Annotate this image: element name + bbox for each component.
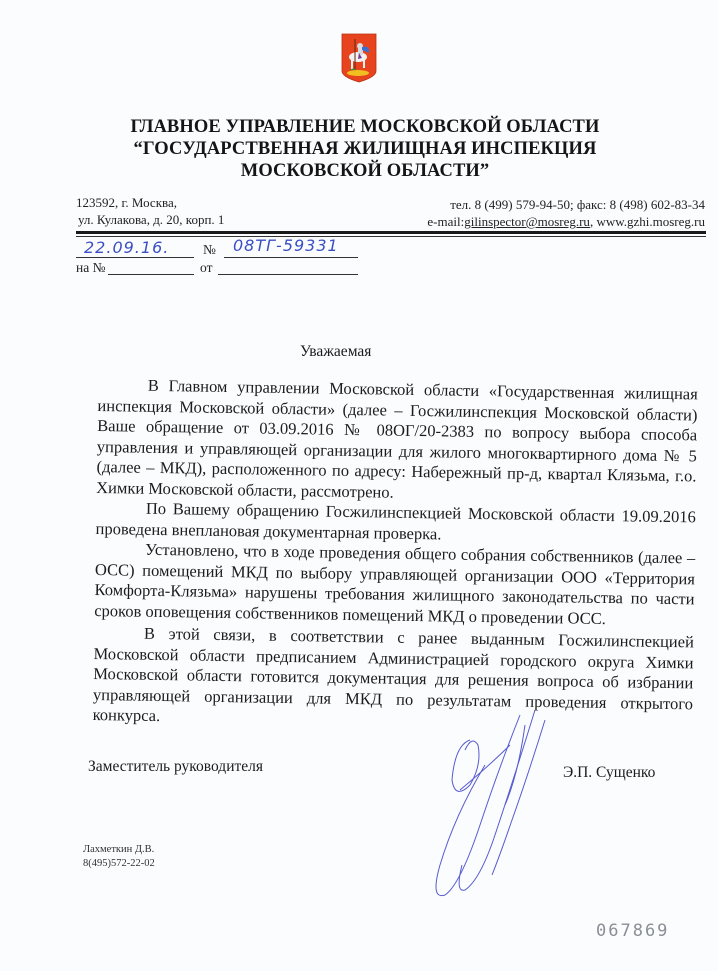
salutation: Уважаемая [300,343,371,361]
reference-number-label: на № [76,260,105,276]
letter-body: В Главном управлении Московской области … [92,375,697,735]
header-divider-thin [76,236,706,237]
address-line-2: ул. Кулакова, д. 20, корп. 1 [76,211,224,228]
executor-info: Лахметкин Д.В. 8(495)572-22-02 [83,843,155,871]
number-label: № [203,242,216,258]
email-website-line: e-mail:gilinspector@mosreg.ru, www.gzhi.… [427,213,705,230]
coat-of-arms-icon [341,33,377,83]
email-label: e-mail: [427,214,464,229]
reference-date-field [218,257,358,275]
phone-fax: тел. 8 (499) 579-94-50; факс: 8 (498) 60… [427,196,705,213]
paragraph-3: Установлено, что в ходе проведения общег… [94,539,695,630]
outgoing-date-handwritten: 22.09.16. [84,238,169,257]
address-line-1: 123592, г. Москва, [76,194,224,211]
outgoing-number-handwritten: 08ТГ-59331 [233,236,339,255]
signer-name: Э.П. Сущенко [563,764,655,782]
handwritten-signature-icon [400,705,570,900]
org-title-line-3: МОСКОВСКОЙ ОБЛАСТИ” [100,160,630,182]
letter-page: ГЛАВНОЕ УПРАВЛЕНИЕ МОСКОВСКОЙ ОБЛАСТИ “Г… [0,0,718,971]
contact-info: тел. 8 (499) 579-94-50; факс: 8 (498) 60… [427,196,705,230]
paragraph-4: В этой связи, в соответствии с ранее выд… [92,623,694,735]
signer-position: Заместитель руководителя [88,758,263,776]
reference-number-field [108,257,194,275]
org-title-line-1: ГЛАВНОЕ УПРАВЛЕНИЕ МОСКОВСКОЙ ОБЛАСТИ [100,116,630,138]
header-divider-thick [76,231,706,234]
organization-title: ГЛАВНОЕ УПРАВЛЕНИЕ МОСКОВСКОЙ ОБЛАСТИ “Г… [100,116,630,182]
paragraph-1: В Главном управлении Московской области … [96,375,698,507]
executor-name: Лахметкин Д.В. [83,843,155,857]
email-link[interactable]: gilinspector@mosreg.ru [464,214,590,229]
postal-address: 123592, г. Москва, ул. Кулакова, д. 20, … [76,194,224,228]
org-title-line-2: “ГОСУДАРСТВЕННАЯ ЖИЛИЩНАЯ ИНСПЕКЦИЯ [100,138,630,160]
document-serial-number: 067869 [596,921,669,941]
website-link[interactable]: www.gzhi.mosreg.ru [596,214,705,229]
executor-phone: 8(495)572-22-02 [83,857,155,871]
reference-date-label: от [200,260,212,276]
